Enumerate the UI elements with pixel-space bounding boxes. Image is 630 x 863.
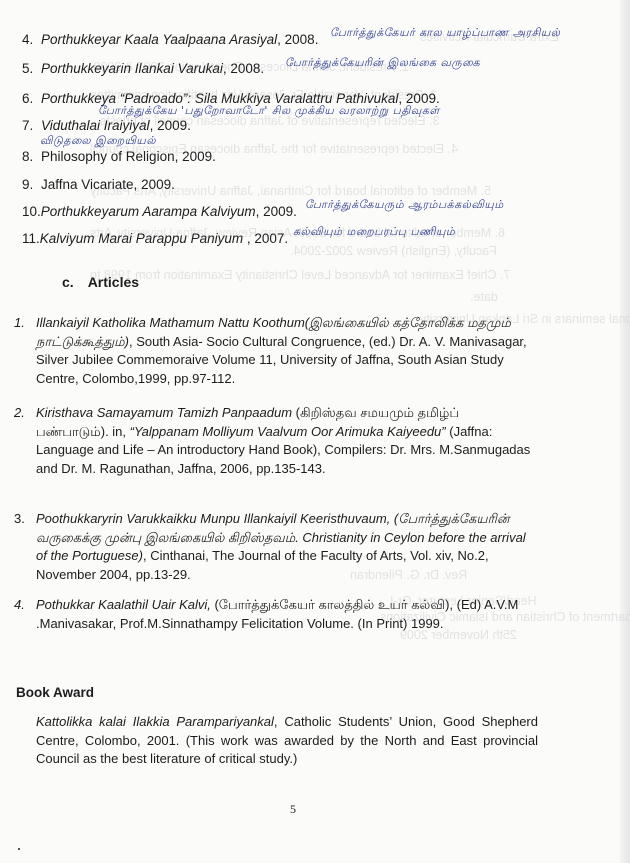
bleed-through-line: Faculty, (English) Review 2002-2004. [290, 244, 497, 258]
article-item: 2. Kiristhava Samayamum Tamizh Panpaadum… [14, 404, 534, 478]
handwritten-tamil-annotation: விடுதலை இறையியல் [40, 134, 156, 149]
book-number: 4. [22, 32, 41, 47]
book-number: 5. [22, 61, 41, 76]
book-number: 9. [22, 177, 41, 192]
article-number: 3. [14, 510, 25, 529]
book-list-item: 9.Jaffna Vicariate, 2009. [22, 177, 175, 192]
article-number: 4. [14, 596, 25, 615]
section-label: c. [62, 274, 74, 290]
article-item: 1. Illankaiyil Katholika Mathamum Nattu … [14, 314, 534, 388]
book-list-item: 4.Porthukkeyar Kaala Yaalpaana Arasiyal,… [22, 32, 318, 47]
handwritten-tamil-annotation: போர்த்துக்கேயர் கால யாழ்ப்பாண அரசியல் [330, 26, 560, 41]
document-page: Extra Curricular Activities1. President,… [0, 0, 630, 863]
article-number: 1. [14, 314, 25, 333]
book-title: Porthukkeyarin Ilankai Varukai [41, 61, 223, 76]
bleed-through-line: date. [470, 290, 498, 304]
award-book-title: Kattolikka kalai Ilakkia Parampariyankal [36, 714, 274, 729]
article-book-title: “Yalppanam Molliyum Vaalvum Oor Arimuka … [130, 424, 446, 439]
article-title: Pothukkar Kaalathil Uair Kalvi, [36, 597, 211, 612]
book-year: , 2008. [277, 32, 318, 47]
book-title: Porthukkeyar Kaala Yaalpaana Arasiyal [41, 32, 277, 47]
book-number: 6. [22, 91, 41, 106]
page-edge-shadow [620, 0, 630, 863]
section-heading-book-award: Book Award [16, 685, 94, 700]
handwritten-tamil-annotation: போர்த்துக்கேயரும் ஆரம்பக்கல்வியும் [305, 198, 504, 213]
book-award-text: Kattolikka kalai Ilakkia Parampariyankal… [36, 713, 538, 769]
book-number: 8. [22, 149, 41, 164]
book-list-item: 10.Porthukkeyarum Aarampa Kalviyum, 2009… [22, 204, 297, 219]
book-list-item: 7.Viduthalai Iraiyiyal, 2009. [22, 118, 191, 133]
book-title: Jaffna Vicariate, 2009. [41, 177, 175, 192]
bleed-through-line: 7. Chief Examiner for Advanced Level Chr… [90, 268, 510, 282]
section-heading-articles: c.Articles [62, 274, 139, 290]
page-number: 5 [290, 802, 296, 817]
book-year: , 2008. [223, 61, 264, 76]
book-year: , 2007. [243, 231, 288, 246]
article-item: 3. Poothukkaryrin Varukkaikku Munpu Illa… [14, 510, 534, 584]
book-list-item: 8.Philosophy of Religion, 2009. [22, 149, 216, 164]
book-year: , 2009. [256, 204, 297, 219]
handwritten-tamil-annotation: போர்த்துக்கேயரின் இலங்கை வருகை [285, 56, 480, 71]
article-title: Kiristhava Samayamum Tamizh Panpaadum [36, 405, 292, 420]
book-number: 7. [22, 118, 41, 133]
book-number: 10. [22, 204, 41, 219]
book-list-item: 11.Kalviyum Marai Parappu Paniyum , 2007… [22, 231, 288, 246]
book-number: 11. [22, 231, 40, 246]
book-title: Porthukkeyarum Aarampa Kalviyum [41, 204, 256, 219]
section-title: Articles [88, 274, 139, 290]
handwritten-tamil-annotation: போர்த்துக்கேய 'பதுறோவாடோ' சில முக்கிய வர… [98, 104, 440, 119]
book-title: Philosophy of Religion, 2009. [41, 149, 216, 164]
book-list-item: 5.Porthukkeyarin Ilankai Varukai, 2008. [22, 61, 264, 76]
book-year: , 2009. [150, 118, 191, 133]
book-title: Viduthalai Iraiyiyal [41, 118, 150, 133]
handwritten-tamil-annotation: கல்வியும் மறைபரப்பு பணியும் [293, 225, 455, 240]
book-title: Kalviyum Marai Parappu Paniyum [40, 231, 243, 246]
article-number: 2. [14, 404, 25, 423]
scan-speck [18, 848, 20, 850]
article-item: 4. Pothukkar Kaalathil Uair Kalvi, (போர்… [14, 596, 534, 633]
